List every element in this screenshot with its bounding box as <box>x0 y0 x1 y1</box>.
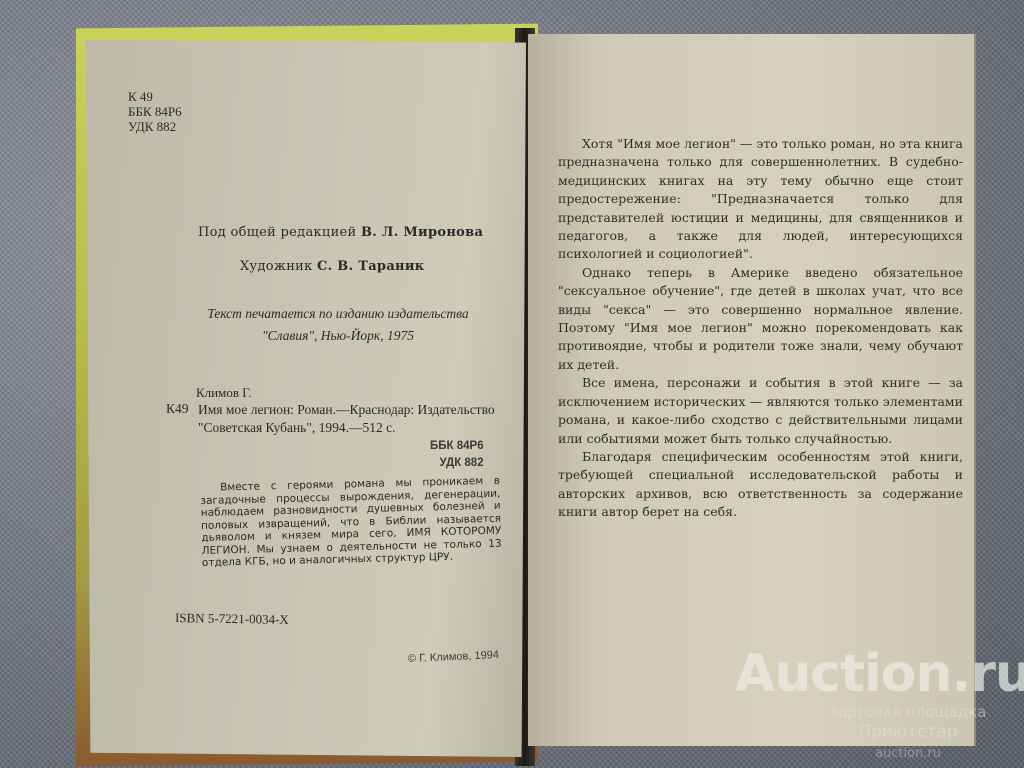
editor-name: В. Л. Миронова <box>361 225 483 240</box>
biblio-author: Климов Г. <box>196 385 252 401</box>
isbn: ISBN 5-7221-0034-X <box>175 610 289 628</box>
library-code-udk: УДК 882 <box>128 119 182 134</box>
biblio-bbk: ББК 84Р6 <box>430 438 484 455</box>
editor-prefix: Под общей редакцией <box>198 225 357 240</box>
source-edition-line-1: Текст печатается по изданию издательства <box>183 303 493 325</box>
annotation-text: Вместе с героями романа мы проникаем в з… <box>200 475 501 569</box>
biblio-code: К49 <box>166 401 189 417</box>
book-annotation: Вместе с героями романа мы проникаем в з… <box>200 475 502 570</box>
biblio-udk: УДК 882 <box>430 455 484 472</box>
biblio-classification: ББК 84Р6 УДК 882 <box>430 438 484 472</box>
watermark-url: auction.ru <box>793 746 1023 761</box>
preface-paragraph: Хотя "Имя мое легион" — это только роман… <box>558 135 963 264</box>
watermark-seller: Приютстар <box>793 722 1023 742</box>
preface-paragraph: Благодаря специфическим особенностям это… <box>558 448 963 522</box>
library-code-k: К 49 <box>128 89 182 104</box>
biblio-description: Имя мое легион: Роман.—Краснодар: Издате… <box>198 401 498 437</box>
artist-name: С. В. Тараник <box>317 259 425 274</box>
preface-paragraph: Однако теперь в Америке введено обязател… <box>558 264 963 374</box>
editor-credit: Под общей редакцией В. Л. Миронова <box>198 225 483 240</box>
watermark-brand: Auction.ru <box>735 644 1024 704</box>
source-edition-line-2: "Славия", Нью-Йорк, 1975 <box>183 325 493 347</box>
artist-prefix: Художник <box>240 259 313 274</box>
watermark-tagline: торговая площадка <box>793 703 1023 721</box>
author-preface: Хотя "Имя мое легион" — это только роман… <box>558 135 963 522</box>
library-codes: К 49 ББК 84Р6 УДК 882 <box>128 89 182 134</box>
source-edition-note: Текст печатается по изданию издательства… <box>183 303 493 347</box>
library-code-bbk: ББК 84Р6 <box>128 104 182 119</box>
preface-paragraph: Все имена, персонажи и события в этой кн… <box>558 374 963 448</box>
left-page <box>86 40 526 757</box>
artist-credit: Художник С. В. Тараник <box>240 259 425 274</box>
